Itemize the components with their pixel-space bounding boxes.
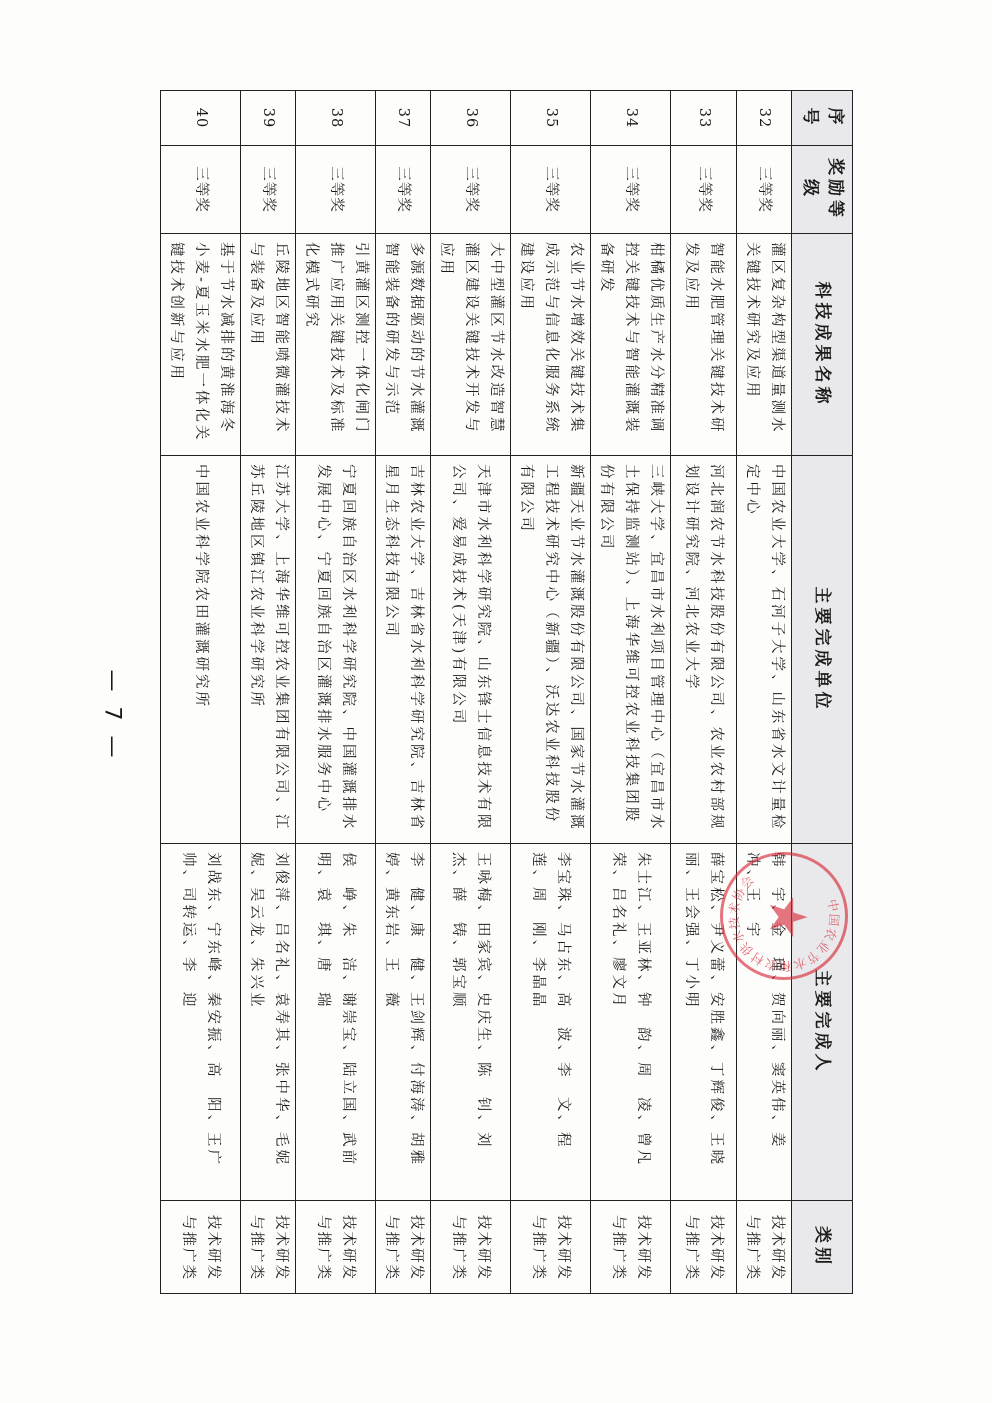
cell-grade: 三等奖	[671, 146, 737, 234]
table-row: 38 三等奖 引黄灌区测控一体化闸门推广应用关键技术及标准化模式研究 宁夏回族自…	[296, 91, 376, 1294]
cell-category: 技术研发与推广类	[376, 1201, 431, 1294]
page-number: — 7 —	[100, 669, 125, 761]
cell-achievement-name: 丘陵地区智能喷微灌技术与装备及应用	[241, 234, 296, 456]
table-row: 39 三等奖 丘陵地区智能喷微灌技术与装备及应用 江苏大学、上海华维可控农业集团…	[241, 91, 296, 1294]
cell-main-units: 天津市水利科学研究院、山东锋士信息技术有限公司、爱易成技术(天津)有限公司	[431, 456, 511, 844]
cell-grade: 三等奖	[161, 146, 241, 234]
cell-main-units: 三峡大学、宜昌市水利项目管理中心（宜昌市水土保持监测站）、上海华维可控农业科技集…	[591, 456, 671, 844]
cell-main-persons: 李宝珠、马占东、高 波、李 文、程 莲、周 刚、李晶晶	[511, 844, 591, 1201]
awards-table-container: 序号 奖励等级 科技成果名称 主要完成单位 主要完成人 类别 32 三等奖 灌区…	[178, 90, 853, 1293]
cell-grade: 三等奖	[591, 146, 671, 234]
cell-main-units: 中国农业科学院农田灌溉研究所	[161, 456, 241, 844]
cell-main-units: 中国农业大学、石河子大学、山东省水文计量检定中心	[737, 456, 792, 844]
awards-table: 序号 奖励等级 科技成果名称 主要完成单位 主要完成人 类别 32 三等奖 灌区…	[160, 90, 853, 1294]
header-achievement-name: 科技成果名称	[792, 234, 853, 456]
cell-seq: 40	[161, 91, 241, 146]
cell-achievement-name: 多源数据驱动的节水灌溉智能装备的研发与示范	[376, 234, 431, 456]
cell-grade: 三等奖	[241, 146, 296, 234]
table-row: 37 三等奖 多源数据驱动的节水灌溉智能装备的研发与示范 吉林农业大学、吉林省水…	[376, 91, 431, 1294]
cell-achievement-name: 农业节水增效关键技术集成示范与信息化服务系统建设应用	[511, 234, 591, 456]
header-category: 类别	[792, 1201, 853, 1294]
table-row: 34 三等奖 柑橘优质生产水分精准调控关键技术与智能灌溉装备研发 三峡大学、宜昌…	[591, 91, 671, 1294]
header-grade: 奖励等级	[792, 146, 853, 234]
cell-achievement-name: 引黄灌区测控一体化闸门推广应用关键技术及标准化模式研究	[296, 234, 376, 456]
table-row: 40 三等奖 基于节水减排的黄淮海冬小麦-夏玉米水肥一体化关键技术创新与应用 中…	[161, 91, 241, 1294]
header-main-units: 主要完成单位	[792, 456, 853, 844]
cell-seq: 36	[431, 91, 511, 146]
cell-grade: 三等奖	[737, 146, 792, 234]
cell-grade: 三等奖	[431, 146, 511, 234]
cell-seq: 37	[376, 91, 431, 146]
cell-category: 技术研发与推广类	[591, 1201, 671, 1294]
cell-main-persons: 朱士江、王亚林、钟 韵、周 凌、曾凡荣、吕名礼、廖文月	[591, 844, 671, 1201]
cell-category: 技术研发与推广类	[737, 1201, 792, 1294]
cell-achievement-name: 智能水肥管理关键技术研发及应用	[671, 234, 737, 456]
table-row: 33 三等奖 智能水肥管理关键技术研发及应用 河北润农节水科技股份有限公司、农业…	[671, 91, 737, 1294]
cell-category: 技术研发与推广类	[671, 1201, 737, 1294]
cell-seq: 32	[737, 91, 792, 146]
cell-main-persons: 李 健、康 健、王剑辉、付海涛、胡雅婷、黄东岩、王 薇	[376, 844, 431, 1201]
official-seal: 中国农业节水和农村供水技术协会 ★	[720, 852, 848, 980]
cell-main-persons: 王咏梅、田家宾、史庆生、陈 钊、刘 杰、薛 铸、郭宝顺	[431, 844, 511, 1201]
cell-category: 技术研发与推广类	[296, 1201, 376, 1294]
seal-star-icon: ★	[759, 889, 815, 945]
table-row: 32 三等奖 灌区复杂构型渠道量测水关键技术研究及应用 中国农业大学、石河子大学…	[737, 91, 792, 1294]
cell-main-persons: 侯 峥、朱 洁、谢崇宝、陆立国、武前明、袁 琪、唐 瑞	[296, 844, 376, 1201]
cell-seq: 38	[296, 91, 376, 146]
cell-achievement-name: 基于节水减排的黄淮海冬小麦-夏玉米水肥一体化关键技术创新与应用	[161, 234, 241, 456]
cell-main-units: 江苏大学、上海华维可控农业集团有限公司、江苏丘陵地区镇江农业科学研究所	[241, 456, 296, 844]
cell-main-units: 吉林农业大学、吉林省水利科学研究院、吉林省星月生态科技有限公司	[376, 456, 431, 844]
cell-category: 技术研发与推广类	[241, 1201, 296, 1294]
cell-grade: 三等奖	[376, 146, 431, 234]
table-row: 36 三等奖 大中型灌区节水改造智慧灌区建设关键技术开发与应用 天津市水利科学研…	[431, 91, 511, 1294]
cell-main-persons: 刘俊萍、吕名礼、袁寿其、张中华、毛妮妮、吴云龙、朱兴业	[241, 844, 296, 1201]
table-row: 35 三等奖 农业节水增效关键技术集成示范与信息化服务系统建设应用 新疆天业节水…	[511, 91, 591, 1294]
cell-achievement-name: 灌区复杂构型渠道量测水关键技术研究及应用	[737, 234, 792, 456]
cell-seq: 39	[241, 91, 296, 146]
cell-seq: 35	[511, 91, 591, 146]
cell-grade: 三等奖	[296, 146, 376, 234]
cell-category: 技术研发与推广类	[511, 1201, 591, 1294]
cell-category: 技术研发与推广类	[161, 1201, 241, 1294]
cell-main-units: 河北润农节水科技股份有限公司、农业农村部规划设计研究院、河北农业大学	[671, 456, 737, 844]
cell-category: 技术研发与推广类	[431, 1201, 511, 1294]
header-seq: 序号	[792, 91, 853, 146]
cell-grade: 三等奖	[511, 146, 591, 234]
cell-achievement-name: 柑橘优质生产水分精准调控关键技术与智能灌溉装备研发	[591, 234, 671, 456]
cell-seq: 34	[591, 91, 671, 146]
cell-main-units: 宁夏回族自治区水利科学研究院、中国灌溉排水发展中心、宁夏回族自治区灌溉排水服务中…	[296, 456, 376, 844]
cell-main-persons: 刘战东、宁东峰、秦安振、高 阳、王广帅、司转运、李 迎	[161, 844, 241, 1201]
cell-seq: 33	[671, 91, 737, 146]
page-number-container: — 7 —	[82, 670, 142, 760]
table-header-row: 序号 奖励等级 科技成果名称 主要完成单位 主要完成人 类别	[792, 91, 853, 1294]
cell-achievement-name: 大中型灌区节水改造智慧灌区建设关键技术开发与应用	[431, 234, 511, 456]
cell-main-units: 新疆天业节水灌溉股份有限公司、国家节水灌溉工程技术研究中心（新疆）、沃达农业科技…	[511, 456, 591, 844]
